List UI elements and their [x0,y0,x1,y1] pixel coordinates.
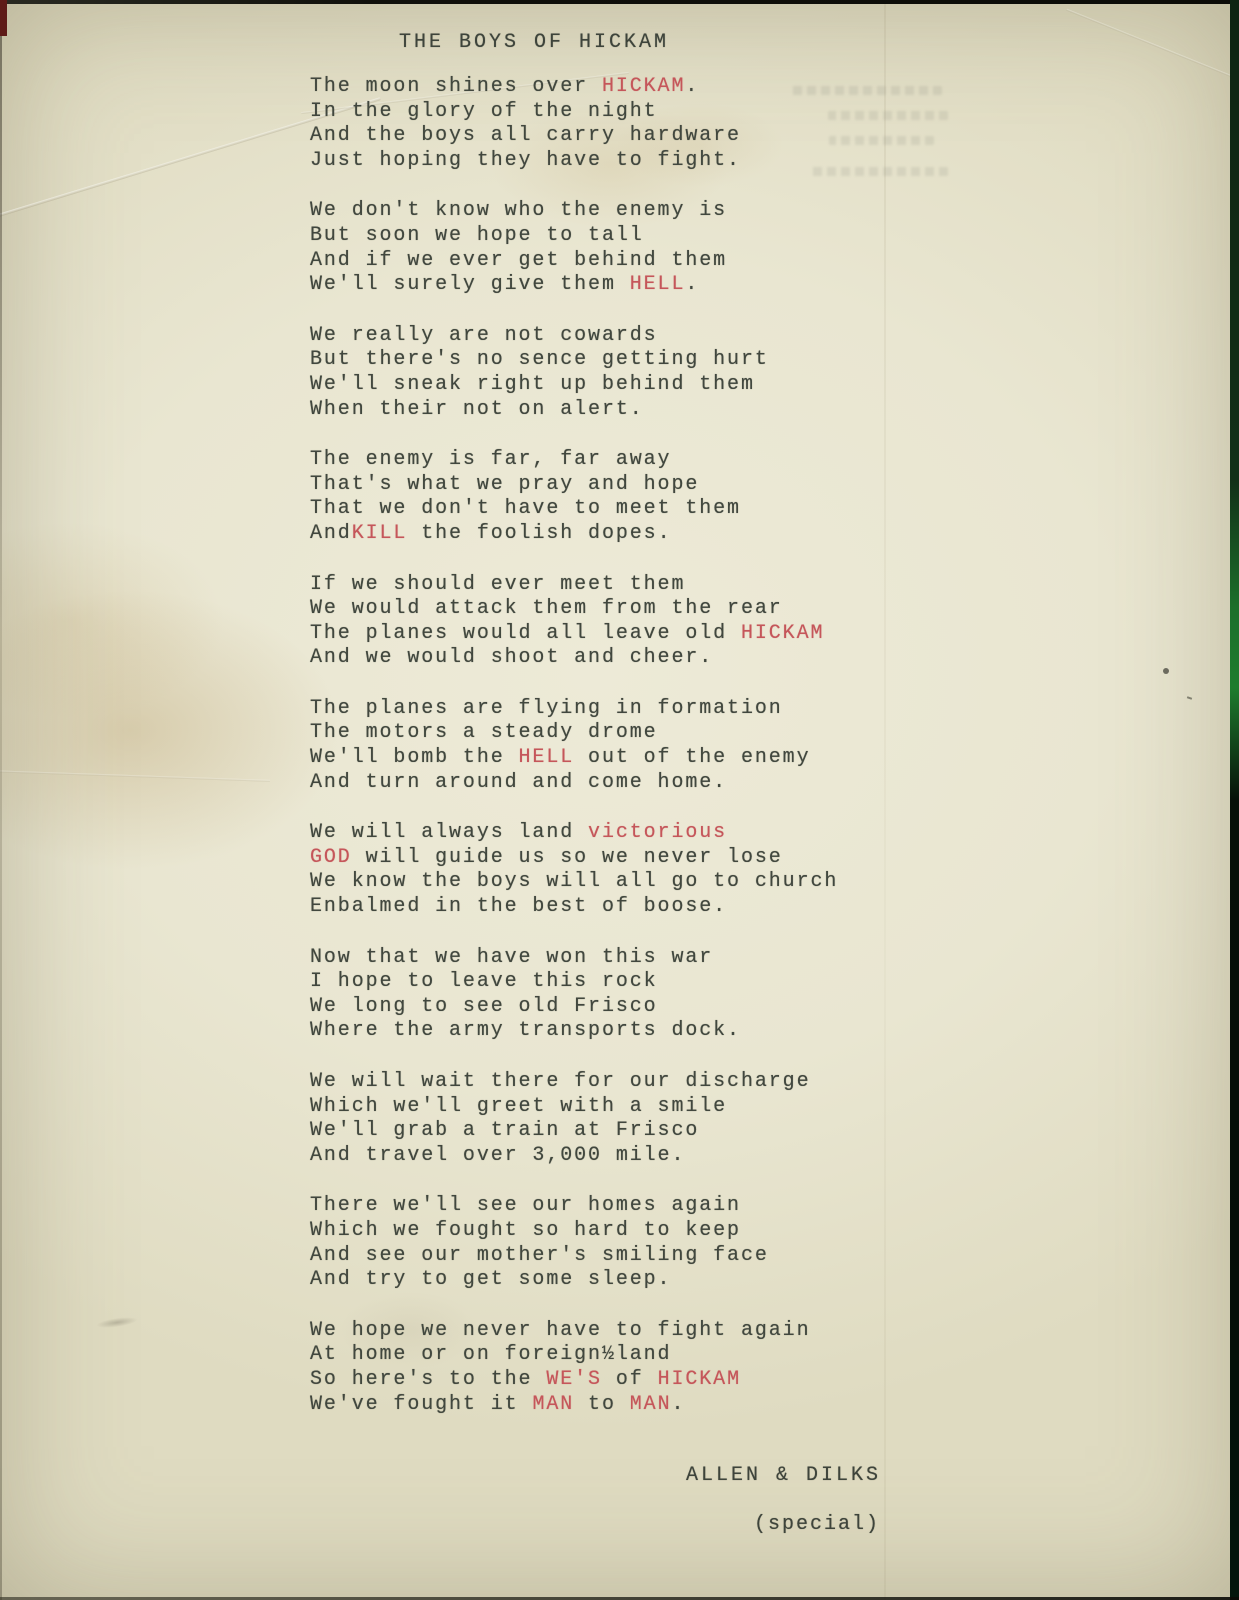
poem-line: When their not on alert. [310,398,838,423]
poem-text: I hope to leave this rock [310,970,658,993]
bleed-through-line [829,136,934,145]
poem-text: We hope we never have to fight again [310,1319,810,1342]
poem-text: If we should ever meet them [310,573,685,596]
poem-stanza: We really are not cowardsBut there's no … [310,324,838,422]
special-note: (special) [754,1513,881,1536]
paper-crease [1066,9,1239,90]
poem-line: That we don't have to meet them [310,497,838,522]
paper-speck [1163,668,1169,674]
paper-crease [884,0,886,1600]
poem-text: And if we ever get behind them [310,249,727,272]
poem-text: And try to get some sleep. [310,1268,671,1291]
poem-text: the foolish dopes. [407,522,671,545]
red-highlighted-word: HICKAM [741,622,824,645]
poem-text: We'll grab a train at Frisco [310,1119,699,1142]
poem-stanza: There we'll see our homes againWhich we … [310,1194,838,1292]
poem-text: Enbalmed in the best of boose. [310,895,727,918]
poem-text: So here's to the [310,1368,546,1391]
red-highlighted-word: KILL [352,522,408,545]
poem-line: So here's to the WE'S of HICKAM [310,1368,838,1393]
poem-text: of [602,1368,658,1391]
poem-line: We would attack them from the rear [310,597,838,622]
poem-line: And try to get some sleep. [310,1268,838,1293]
poem-text: At home or on foreign½land [310,1343,671,1366]
poem-text: The planes would all leave old [310,622,741,645]
poem-stanza: The planes are flying in formationThe mo… [310,697,838,795]
poem-stanza: We don't know who the enemy isBut soon w… [310,199,838,297]
poem-line: We know the boys will all go to church [310,870,838,895]
corner-mark [0,0,7,36]
poem-body: The moon shines over HICKAM.In the glory… [310,75,838,1443]
poem-text: Now that we have won this war [310,946,713,969]
poem-line: We've fought it MAN to MAN. [310,1393,838,1418]
author-names: ALLEN & DILKS [686,1464,881,1487]
poem-line: Where the army transports dock. [310,1019,838,1044]
poem-line: And we would shoot and cheer. [310,646,838,671]
poem-text: And travel over 3,000 mile. [310,1144,685,1167]
poem-line: We really are not cowards [310,324,838,349]
poem-line: We'll sneak right up behind them [310,373,838,398]
poem-text: We'll sneak right up behind them [310,373,755,396]
scan-edge-top [0,0,1239,4]
bleed-through-line [828,111,948,120]
poem-line: Just hoping they have to fight. [310,149,838,174]
poem-line: But soon we hope to tall [310,224,838,249]
poem-text: But there's no sence getting hurt [310,348,769,371]
poem-line: And see our mother's smiling face [310,1244,838,1269]
poem-line: And turn around and come home. [310,771,838,796]
poem-text: The motors a steady drome [310,721,658,744]
poem-line: The enemy is far, far away [310,448,838,473]
poem-line: Enbalmed in the best of boose. [310,895,838,920]
poem-text: The moon shines over [310,75,602,98]
poem-text: When their not on alert. [310,398,644,421]
red-highlighted-word: HELL [630,273,686,296]
poem-text: We'll surely give them [310,273,630,296]
red-highlighted-word: MAN [630,1393,672,1416]
poem-stanza: We will wait there for our dischargeWhic… [310,1070,838,1168]
poem-line: AndKILL the foolish dopes. [310,522,838,547]
poem-stanza: The enemy is far, far awayThat's what we… [310,448,838,546]
poem-text: . [685,273,699,296]
poem-line: Now that we have won this war [310,946,838,971]
poem-stanza: We will always land victoriousGOD will g… [310,821,838,919]
poem-text: We would attack them from the rear [310,597,783,620]
red-highlighted-word: GOD [310,846,352,869]
poem-text: But soon we hope to tall [310,224,644,247]
poem-line: We will always land victorious [310,821,838,846]
paper-crease [0,770,270,782]
poem-text: And turn around and come home. [310,771,727,794]
paper-smudge [96,1315,139,1330]
poem-text: to [574,1393,630,1416]
poem-line: In the glory of the night [310,100,838,125]
poem-text: out of the enemy [574,746,810,769]
red-highlighted-word: HICKAM [658,1368,741,1391]
poem-stanza: If we should ever meet themWe would atta… [310,573,838,671]
poem-text: will guide us so we never lose [352,846,783,869]
poem-text: That's what we pray and hope [310,473,699,496]
poem-line: We'll bomb the HELL out of the enemy [310,746,838,771]
poem-line: We hope we never have to fight again [310,1319,838,1344]
poem-line: But there's no sence getting hurt [310,348,838,373]
poem-text: That we don't have to meet them [310,497,741,520]
poem-text: . [671,1393,685,1416]
poem-text: And we would shoot and cheer. [310,646,713,669]
poem-line: We don't know who the enemy is [310,199,838,224]
poem-line: And travel over 3,000 mile. [310,1144,838,1169]
poem-text: Just hoping they have to fight. [310,149,741,172]
poem-line: We'll grab a train at Frisco [310,1119,838,1144]
poem-text: There we'll see our homes again [310,1194,741,1217]
poem-text: We long to see old Frisco [310,995,658,1018]
poem-line: The motors a steady drome [310,721,838,746]
poem-text: We've fought it [310,1393,532,1416]
poem-title: THE BOYS OF HICKAM [399,31,669,54]
poem-text: And the boys all carry hardware [310,124,741,147]
poem-line: GOD will guide us so we never lose [310,846,838,871]
red-highlighted-word: HICKAM [602,75,685,98]
poem-line: We long to see old Frisco [310,995,838,1020]
scanned-document-page: THE BOYS OF HICKAM The moon shines over … [0,0,1239,1600]
poem-text: And [310,522,352,545]
poem-line: Which we fought so hard to keep [310,1219,838,1244]
poem-text: Which we fought so hard to keep [310,1219,741,1242]
red-highlighted-word: victorious [588,821,727,844]
poem-line: And if we ever get behind them [310,249,838,274]
signature-block: ALLEN & DILKS (special) [626,1441,881,1582]
poem-line: I hope to leave this rock [310,970,838,995]
poem-line: The planes are flying in formation [310,697,838,722]
poem-line: The planes would all leave old HICKAM [310,622,838,647]
red-highlighted-word: MAN [532,1393,574,1416]
scan-edge-right [1230,0,1239,1600]
poem-text: Where the army transports dock. [310,1019,741,1042]
poem-line: If we should ever meet them [310,573,838,598]
poem-text: We know the boys will all go to church [310,870,838,893]
poem-stanza: Now that we have won this warI hope to l… [310,946,838,1044]
poem-text: We will wait there for our discharge [310,1070,810,1093]
poem-stanza: We hope we never have to fight againAt h… [310,1319,838,1417]
poem-line: There we'll see our homes again [310,1194,838,1219]
poem-text: We will always land [310,821,588,844]
poem-line: We'll surely give them HELL. [310,273,838,298]
poem-text: And see our mother's smiling face [310,1244,769,1267]
poem-text: We really are not cowards [310,324,658,347]
red-highlighted-word: WE'S [546,1368,602,1391]
poem-line: Which we'll greet with a smile [310,1095,838,1120]
poem-text: In the glory of the night [310,100,658,123]
poem-stanza: The moon shines over HICKAM.In the glory… [310,75,838,173]
poem-text: The enemy is far, far away [310,448,671,471]
poem-line: That's what we pray and hope [310,473,838,498]
poem-text: We don't know who the enemy is [310,199,727,222]
paper-speck [1187,696,1192,700]
poem-text: Which we'll greet with a smile [310,1095,727,1118]
poem-line: At home or on foreign½land [310,1343,838,1368]
poem-line: The moon shines over HICKAM. [310,75,838,100]
red-highlighted-word: HELL [519,746,575,769]
poem-text: We'll bomb the [310,746,519,769]
poem-text: . [685,75,699,98]
scan-edge-left [0,0,2,1600]
poem-line: And the boys all carry hardware [310,124,838,149]
poem-text: The planes are flying in formation [310,697,783,720]
poem-line: We will wait there for our discharge [310,1070,838,1095]
